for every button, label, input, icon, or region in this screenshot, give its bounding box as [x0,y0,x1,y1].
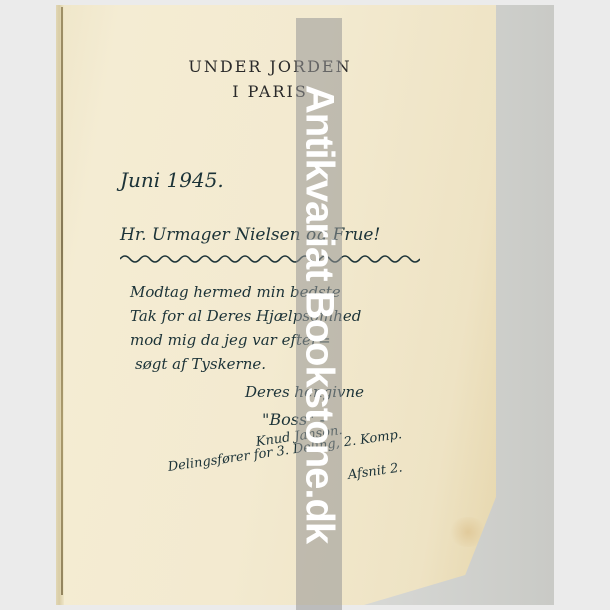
inscription-date: Juni 1945. [120,168,224,192]
book-title-line-1: UNDER JORDEN [150,54,390,79]
inscription-line: søgt af Tyskerne. [135,355,266,373]
foxing-stain [448,517,488,547]
book-title-line-2: I PARIS [150,79,390,104]
book-title: UNDER JORDEN I PARIS [150,54,390,104]
watermark-text: Antikvariat Bookstone.dk [297,85,342,543]
binding-line [61,7,63,595]
wavy-underline [120,252,420,266]
